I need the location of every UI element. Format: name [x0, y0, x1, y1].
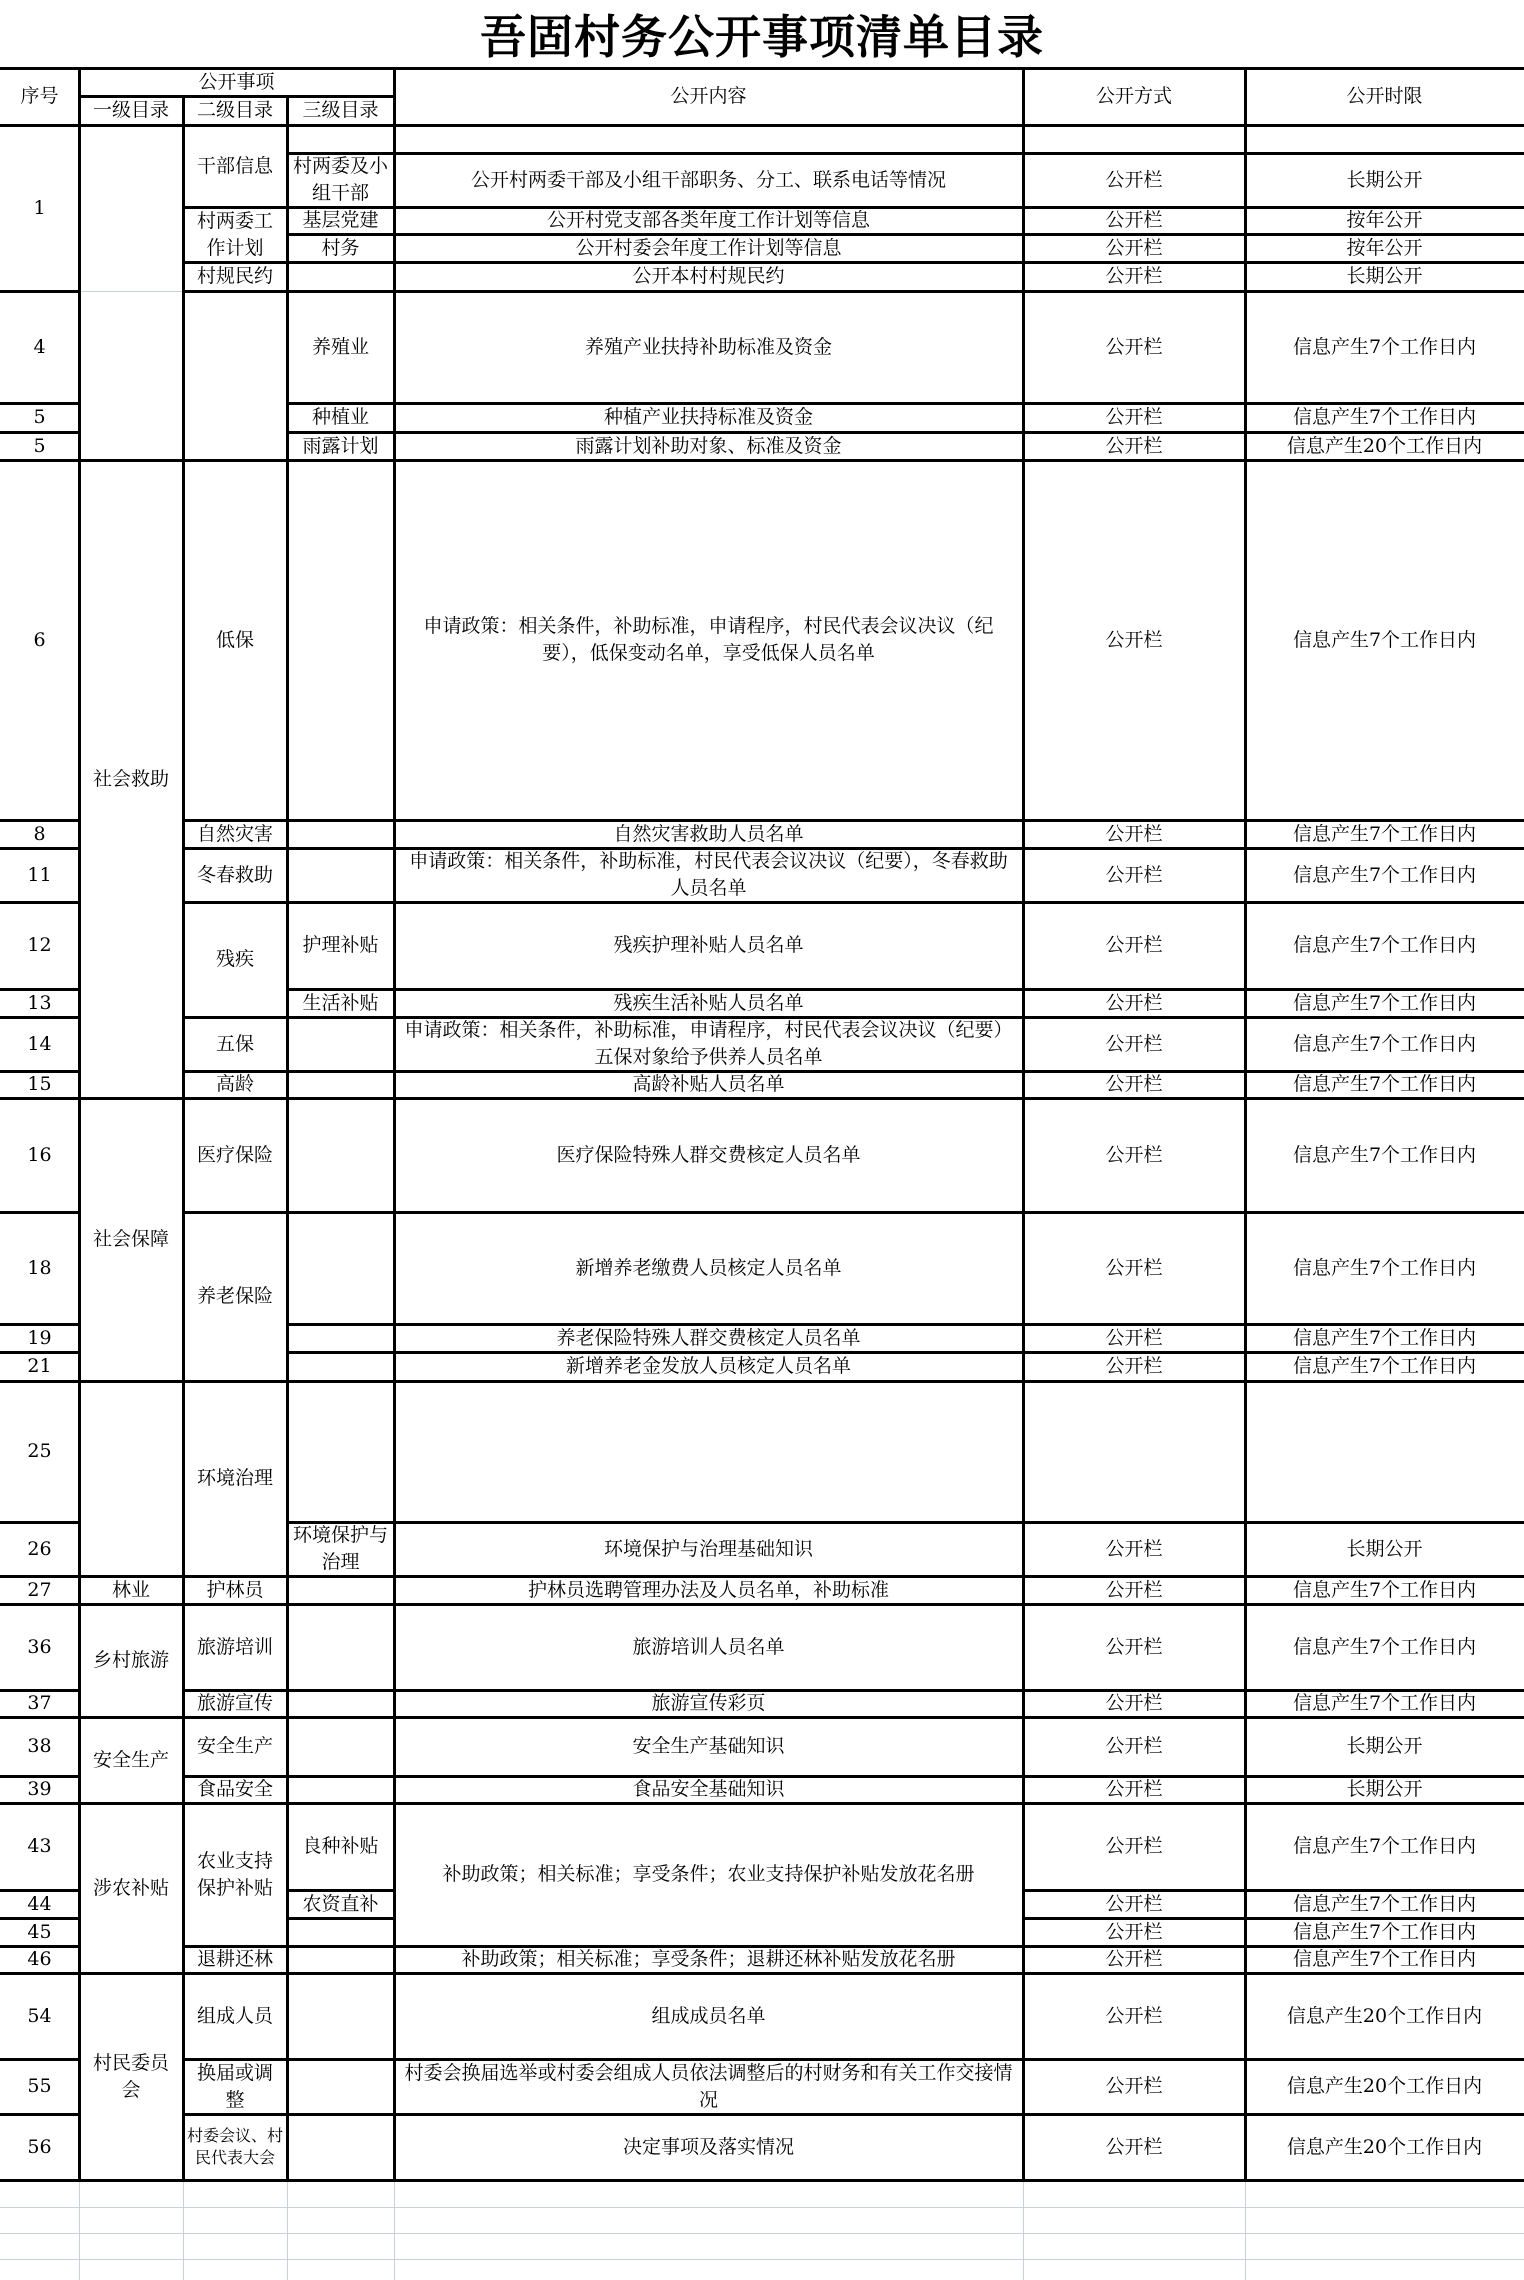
cell-border	[1022, 1352, 1025, 1381]
header-level2: 二级目录	[183, 96, 287, 125]
cell-border	[286, 1803, 289, 1890]
table-cell-level1: 涉农补贴	[79, 1803, 183, 1973]
cell-border	[286, 1212, 289, 1324]
table-cell-seq: 37	[0, 1690, 79, 1717]
cell-border	[393, 153, 396, 207]
table-cell-content: 补助政策；相关标准；享受条件；农业支持保护补贴发放花名册	[394, 1803, 1023, 1946]
table-cell-content: 申请政策：相关条件，补助标准，申请程序，村民代表会议决议（纪要），低保变动名单，…	[394, 460, 1023, 820]
table-cell-method: 公开栏	[1023, 460, 1245, 820]
cell-border	[393, 1212, 396, 1324]
cell-border	[1244, 1071, 1247, 1098]
cell-border	[1244, 989, 1247, 1017]
table-cell-method: 公开栏	[1023, 1717, 1245, 1776]
cell-border	[286, 1352, 289, 1381]
table-cell-level2: 低保	[183, 460, 287, 820]
table-cell-content: 雨露计划补助对象、标准及资金	[394, 432, 1023, 460]
cell-border	[286, 1690, 289, 1717]
table-cell-level3	[287, 460, 394, 820]
sheet-gridline	[0, 2259, 1524, 2260]
table-cell-period: 信息产生20个工作日内	[1245, 1973, 1524, 2059]
cell-border	[286, 1973, 289, 2059]
cell-border	[393, 1381, 396, 1522]
cell-border	[286, 96, 289, 125]
table-cell-method: 公开栏	[1023, 1776, 1245, 1803]
cell-border	[1022, 1946, 1025, 1973]
table-cell-content: 新增养老金发放人员核定人员名单	[394, 1352, 1023, 1381]
table-cell-level1: 安全生产	[79, 1717, 183, 1803]
cell-border	[393, 848, 396, 902]
cell-border	[182, 1717, 185, 1776]
cell-border	[286, 207, 289, 234]
cell-border	[393, 1803, 396, 1946]
table-cell-content	[394, 125, 1023, 153]
cell-border	[286, 902, 289, 989]
table-cell-level3	[287, 125, 394, 153]
table-cell-level2: 组成人员	[183, 1973, 287, 2059]
table-cell-level3: 环境保护与治理	[287, 1522, 394, 1576]
table-cell-level3	[287, 848, 394, 902]
table-cell-seq: 21	[0, 1352, 79, 1381]
table-cell-period: 信息产生7个工作日内	[1245, 1212, 1524, 1324]
sheet-gridline	[287, 2181, 288, 2280]
table-cell-method: 公开栏	[1023, 1918, 1245, 1946]
cell-border	[1022, 1604, 1025, 1690]
table-cell-period	[1245, 1381, 1524, 1522]
table-cell-level3	[287, 1776, 394, 1803]
table-cell-method: 公开栏	[1023, 262, 1245, 291]
table-cell-content: 旅游宣传彩页	[394, 1690, 1023, 1717]
table-cell-level3	[287, 820, 394, 848]
table-cell-level2: 安全生产	[183, 1717, 287, 1776]
cell-border	[1022, 207, 1025, 234]
table-cell-method: 公开栏	[1023, 153, 1245, 207]
table-cell-period: 信息产生7个工作日内	[1245, 848, 1524, 902]
header-content: 公开内容	[394, 68, 1023, 125]
cell-border	[393, 989, 396, 1017]
cell-border	[393, 2059, 396, 2114]
header-period: 公开时限	[1245, 68, 1524, 125]
table-cell-level3	[287, 1576, 394, 1604]
cell-border	[182, 2059, 185, 2114]
table-cell-level2: 旅游宣传	[183, 1690, 287, 1717]
table-cell-method: 公开栏	[1023, 989, 1245, 1017]
table-cell-level2: 五保	[183, 1017, 287, 1071]
header-items-group: 公开事项	[79, 68, 394, 96]
table-cell-period: 信息产生20个工作日内	[1245, 432, 1524, 460]
sheet-gridline	[394, 2181, 395, 2280]
cell-border	[393, 291, 396, 403]
cell-border	[393, 262, 396, 291]
table-cell-level2: 换届或调整	[183, 2059, 287, 2114]
table-cell-level3: 雨露计划	[287, 432, 394, 460]
cell-border	[1022, 1717, 1025, 1776]
cell-border	[393, 432, 396, 460]
cell-border	[1022, 2114, 1025, 2180]
table-cell-level3	[287, 262, 394, 291]
cell-border	[286, 989, 289, 1017]
table-cell-period: 信息产生7个工作日内	[1245, 460, 1524, 820]
table-cell-period: 按年公开	[1245, 234, 1524, 262]
table-cell-content: 决定事项及落实情况	[394, 2114, 1023, 2180]
table-cell-level3	[287, 1717, 394, 1776]
cell-border	[182, 1017, 185, 1071]
table-cell-method: 公开栏	[1023, 1324, 1245, 1352]
cell-border	[286, 1098, 289, 1212]
table-cell-level3: 农资直补	[287, 1890, 394, 1918]
cell-border	[182, 460, 185, 820]
table-cell-content: 组成成员名单	[394, 1973, 1023, 2059]
table-cell-method: 公开栏	[1023, 1071, 1245, 1098]
cell-border	[1022, 68, 1025, 125]
table-cell-period: 信息产生7个工作日内	[1245, 1071, 1524, 1098]
cell-border	[182, 262, 185, 291]
cell-border	[1022, 125, 1025, 153]
table-cell-level3: 村两委及小组干部	[287, 153, 394, 207]
table-cell-seq: 5	[0, 403, 79, 432]
cell-border	[1022, 1071, 1025, 1098]
cell-border	[182, 1803, 185, 1946]
table-cell-seq: 56	[0, 2114, 79, 2180]
cell-border	[1022, 234, 1025, 262]
cell-border	[393, 902, 396, 989]
cell-border	[182, 1604, 185, 1690]
table-cell-level3	[287, 1071, 394, 1098]
cell-border	[1244, 1324, 1247, 1352]
cell-border	[1022, 262, 1025, 291]
table-cell-seq: 25	[0, 1381, 79, 1522]
table-cell-period: 信息产生7个工作日内	[1245, 1098, 1524, 1212]
table-cell-level3: 村务	[287, 234, 394, 262]
cell-border	[182, 291, 185, 460]
cell-border	[1244, 291, 1247, 403]
cell-border	[286, 1576, 289, 1604]
cell-border	[1244, 902, 1247, 989]
table-cell-seq: 36	[0, 1604, 79, 1690]
table-cell-period: 信息产生7个工作日内	[1245, 902, 1524, 989]
table-cell-content: 护林员选聘管理办法及人员名单，补助标准	[394, 1576, 1023, 1604]
table-cell-period: 信息产生7个工作日内	[1245, 1803, 1524, 1890]
table-cell-seq: 55	[0, 2059, 79, 2114]
table-cell-period: 长期公开	[1245, 262, 1524, 291]
cell-border	[1244, 1690, 1247, 1717]
cell-border	[0, 67, 1524, 70]
cell-border	[1244, 1212, 1247, 1324]
table-cell-seq: 46	[0, 1946, 79, 1973]
table-cell-level3	[287, 1017, 394, 1071]
cell-border	[393, 68, 396, 125]
table-cell-period	[1245, 125, 1524, 153]
cell-border	[393, 1017, 396, 1071]
cell-border	[1022, 1324, 1025, 1352]
cell-border	[1022, 291, 1025, 403]
cell-border	[79, 95, 394, 98]
cell-border	[286, 1324, 289, 1352]
cell-border	[393, 1352, 396, 1381]
table-cell-period: 信息产生7个工作日内	[1245, 1352, 1524, 1381]
cell-border	[1022, 1212, 1025, 1324]
cell-border	[1022, 1890, 1025, 1918]
cell-border	[78, 1717, 81, 1803]
cell-border	[393, 820, 396, 848]
cell-border	[1022, 820, 1025, 848]
table-cell-method: 公开栏	[1023, 207, 1245, 234]
table-cell-content: 残疾护理补贴人员名单	[394, 902, 1023, 989]
cell-border	[286, 1918, 289, 1946]
cell-border	[182, 125, 185, 207]
cell-border	[1244, 820, 1247, 848]
cell-border	[1022, 848, 1025, 902]
cell-border	[1244, 1890, 1247, 1918]
table-cell-content: 食品安全基础知识	[394, 1776, 1023, 1803]
table-cell-period: 信息产生7个工作日内	[1245, 1324, 1524, 1352]
cell-border	[394, 2179, 1023, 2182]
table-cell-period: 信息产生7个工作日内	[1245, 1604, 1524, 1690]
table-cell-period: 长期公开	[1245, 153, 1524, 207]
table-cell-method	[1023, 125, 1245, 153]
cell-border	[393, 234, 396, 262]
cell-border	[182, 1212, 185, 1381]
table-cell-method: 公开栏	[1023, 1212, 1245, 1324]
table-cell-method: 公开栏	[1023, 291, 1245, 403]
table-cell-level3	[287, 1973, 394, 2059]
table-cell-content: 养老保险特殊人群交费核定人员名单	[394, 1324, 1023, 1352]
cell-border	[1022, 2059, 1025, 2114]
cell-border	[286, 2059, 289, 2114]
table-cell-seq: 11	[0, 848, 79, 902]
cell-border	[393, 2114, 396, 2180]
cell-border	[1022, 1017, 1025, 1071]
table-cell-period: 信息产生7个工作日内	[1245, 1890, 1524, 1918]
table-cell-content: 申请政策：相关条件，补助标准，村民代表会议决议（纪要），冬春救助人员名单	[394, 848, 1023, 902]
table-cell-level2: 冬春救助	[183, 848, 287, 902]
cell-border	[182, 1576, 185, 1604]
table-cell-level3: 养殖业	[287, 291, 394, 403]
table-cell-level2: 退耕还林	[183, 1946, 287, 1973]
table-cell-level3	[287, 1324, 394, 1352]
table-cell-content: 公开村党支部各类年度工作计划等信息	[394, 207, 1023, 234]
table-cell-level2	[183, 291, 287, 460]
cell-border	[79, 2179, 183, 2182]
sheet-gridline	[183, 2181, 184, 2280]
table-cell-seq: 26	[0, 1522, 79, 1576]
cell-border	[1244, 403, 1247, 432]
table-cell-period: 信息产生7个工作日内	[1245, 820, 1524, 848]
table-cell-method: 公开栏	[1023, 1973, 1245, 2059]
cell-border	[78, 1098, 81, 1381]
cell-border	[1022, 1576, 1025, 1604]
table-cell-seq: 16	[0, 1098, 79, 1212]
cell-border	[78, 460, 81, 1098]
table-cell-level2: 护林员	[183, 1576, 287, 1604]
sheet-gridline	[0, 2207, 1524, 2208]
table-cell-level3	[287, 1381, 394, 1522]
cell-border	[1022, 1690, 1025, 1717]
cell-border	[182, 1071, 185, 1098]
cell-border	[1022, 1918, 1025, 1946]
table-cell-seq: 45	[0, 1918, 79, 1946]
cell-border	[1244, 1973, 1247, 2059]
table-cell-method: 公开栏	[1023, 820, 1245, 848]
table-cell-content: 自然灾害救助人员名单	[394, 820, 1023, 848]
cell-border	[182, 820, 185, 848]
cell-border	[1244, 1776, 1247, 1803]
table-cell-level3	[287, 1918, 394, 1946]
cell-border	[1022, 1973, 1025, 2059]
cell-border	[1022, 403, 1025, 432]
table-cell-content: 残疾生活补贴人员名单	[394, 989, 1023, 1017]
table-cell-level3: 良种补贴	[287, 1803, 394, 1890]
table-cell-level2: 高龄	[183, 1071, 287, 1098]
cell-border	[393, 1604, 396, 1690]
cell-border	[1245, 2179, 1524, 2182]
table-cell-level3	[287, 2059, 394, 2114]
cell-border	[1244, 460, 1247, 820]
sheet-gridline	[1023, 2181, 1024, 2280]
document-title: 吾固村务公开事项清单目录	[0, 0, 1524, 68]
cell-border	[286, 1017, 289, 1071]
table-cell-method: 公开栏	[1023, 1890, 1245, 1918]
cell-border	[393, 460, 396, 820]
cell-border	[182, 1776, 185, 1803]
table-cell-method: 公开栏	[1023, 1946, 1245, 1973]
cell-border	[286, 1381, 289, 1522]
table-cell-level3	[287, 1946, 394, 1973]
cell-border	[393, 403, 396, 432]
table-cell-level1: 村民委员会	[79, 1973, 183, 2180]
cell-border	[393, 1324, 396, 1352]
table-cell-level2: 医疗保险	[183, 1098, 287, 1212]
cell-border	[286, 403, 289, 432]
table-cell-period: 信息产生7个工作日内	[1245, 989, 1524, 1017]
table-cell-period: 长期公开	[1245, 1717, 1524, 1776]
table-cell-content: 种植产业扶持标准及资金	[394, 403, 1023, 432]
cell-border	[286, 291, 289, 403]
cell-border	[78, 1803, 81, 1973]
table-cell-method: 公开栏	[1023, 2059, 1245, 2114]
table-cell-content: 申请政策：相关条件，补助标准，申请程序，村民代表会议决议（纪要）五保对象给予供养…	[394, 1017, 1023, 1071]
cell-border	[286, 432, 289, 460]
header-method: 公开方式	[1023, 68, 1245, 125]
table-cell-seq: 6	[0, 460, 79, 820]
cell-border	[1022, 460, 1025, 820]
cell-border	[1244, 2059, 1247, 2114]
table-cell-method: 公开栏	[1023, 1522, 1245, 1576]
table-cell-method: 公开栏	[1023, 902, 1245, 989]
table-cell-content: 安全生产基础知识	[394, 1717, 1023, 1776]
cell-border	[78, 1576, 81, 1604]
table-cell-level2: 农业支持保护补贴	[183, 1803, 287, 1946]
cell-border	[1244, 1017, 1247, 1071]
cell-border	[393, 1973, 396, 2059]
table-cell-method: 公开栏	[1023, 234, 1245, 262]
table-cell-level2: 残疾	[183, 902, 287, 1017]
table-cell-level3	[287, 1352, 394, 1381]
table-cell-period: 信息产生20个工作日内	[1245, 2114, 1524, 2180]
cell-border	[1244, 2114, 1247, 2180]
table-cell-level3: 种植业	[287, 403, 394, 432]
cell-border	[1022, 1381, 1025, 1522]
table-cell-content: 公开村两委干部及小组干部职务、分工、联系电话等情况	[394, 153, 1023, 207]
table-cell-seq: 44	[0, 1890, 79, 1918]
cell-border	[1022, 902, 1025, 989]
sheet-gridline	[0, 2233, 1524, 2234]
cell-border	[1244, 1352, 1247, 1381]
cell-border	[286, 1776, 289, 1803]
cell-border	[78, 68, 81, 125]
cell-border	[1244, 1717, 1247, 1776]
table-cell-level3	[287, 1690, 394, 1717]
cell-border	[393, 1071, 396, 1098]
table-cell-content: 高龄补贴人员名单	[394, 1071, 1023, 1098]
cell-border	[1244, 262, 1247, 291]
table-cell-content: 环境保护与治理基础知识	[394, 1522, 1023, 1576]
table-cell-period: 信息产生7个工作日内	[1245, 291, 1524, 403]
table-cell-content: 养殖产业扶持补助标准及资金	[394, 291, 1023, 403]
header-level3: 三级目录	[287, 96, 394, 125]
header-level1: 一级目录	[79, 96, 183, 125]
table-cell-seq: 15	[0, 1071, 79, 1098]
cell-border	[182, 1381, 185, 1576]
cell-border	[182, 2114, 185, 2180]
table-cell-period: 信息产生20个工作日内	[1245, 2059, 1524, 2114]
cell-border	[1244, 1522, 1247, 1576]
table-cell-level3	[287, 1098, 394, 1212]
cell-border	[286, 1522, 289, 1576]
cell-border	[393, 1776, 396, 1803]
cell-border	[183, 2179, 287, 2182]
table-cell-content: 新增养老缴费人员核定人员名单	[394, 1212, 1023, 1324]
table-cell-seq: 5	[0, 432, 79, 460]
table-cell-seq: 54	[0, 1973, 79, 2059]
table-cell-seq: 12	[0, 902, 79, 989]
table-cell-level2: 食品安全	[183, 1776, 287, 1803]
table-cell-level3	[287, 1604, 394, 1690]
table-cell-method: 公开栏	[1023, 1576, 1245, 1604]
table-cell-method: 公开栏	[1023, 848, 1245, 902]
cell-border	[393, 125, 396, 153]
cell-border	[286, 234, 289, 262]
cell-border	[182, 207, 185, 262]
cell-border	[1022, 432, 1025, 460]
table-cell-level1: 社会救助	[79, 460, 183, 1098]
table-cell-content: 旅游培训人员名单	[394, 1604, 1023, 1690]
table-cell-level1	[79, 125, 183, 460]
cell-border	[0, 2179, 79, 2182]
cell-border	[182, 1973, 185, 2059]
cell-border	[286, 125, 289, 153]
cell-border	[1022, 1098, 1025, 1212]
table-cell-seq: 39	[0, 1776, 79, 1803]
cell-border	[1244, 1946, 1247, 1973]
cell-border	[393, 1690, 396, 1717]
table-cell-method: 公开栏	[1023, 432, 1245, 460]
table-cell-method: 公开栏	[1023, 1017, 1245, 1071]
cell-border	[78, 1381, 81, 1576]
table-cell-period: 长期公开	[1245, 1776, 1524, 1803]
cell-border	[1022, 153, 1025, 207]
table-cell-seq: 19	[0, 1324, 79, 1352]
cell-border	[78, 1604, 81, 1717]
table-cell-method	[1023, 1381, 1245, 1522]
table-cell-level3	[287, 2114, 394, 2180]
cell-border	[286, 2114, 289, 2180]
cell-border	[78, 1973, 81, 2180]
table-cell-period: 信息产生7个工作日内	[1245, 1690, 1524, 1717]
table-cell-level2: 自然灾害	[183, 820, 287, 848]
cell-border	[286, 1890, 289, 1918]
cell-border	[182, 848, 185, 902]
table-cell-seq: 27	[0, 1576, 79, 1604]
